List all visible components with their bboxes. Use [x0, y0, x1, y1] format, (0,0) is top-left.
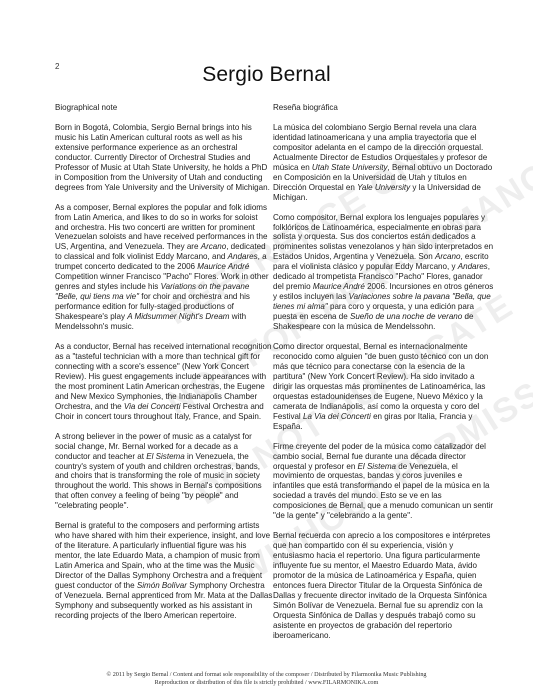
text-run: Bernal is grateful to the composers and …	[55, 521, 270, 590]
spanish-body: La música del colombiano Sergio Bernal r…	[273, 123, 495, 641]
text-run: As a conductor, Bernal has received inte…	[55, 342, 272, 411]
italic-title: Andares	[458, 262, 488, 271]
italic-title: Yale University	[357, 183, 410, 192]
italic-title: Arcano	[435, 252, 461, 261]
paragraph: Como director orquestal, Bernal es inter…	[273, 342, 495, 432]
italic-title: Simón Bolívar	[137, 581, 187, 590]
italic-title: Andares	[228, 252, 258, 261]
italic-title: Maurice André	[313, 282, 365, 291]
english-column: Biographical note Born in Bogotá, Colomb…	[55, 103, 273, 631]
spanish-heading: Reseña biográfica	[273, 103, 495, 113]
footer-line-1: © 2011 by Sergio Bernal / Content and fo…	[0, 671, 533, 679]
paragraph: As a conductor, Bernal has received inte…	[55, 342, 273, 422]
italic-title: Arcano	[201, 242, 227, 251]
italic-title: El Sistema	[146, 452, 184, 461]
italic-title: La Via dei Concerti	[303, 412, 371, 421]
paragraph: As a composer, Bernal explores the popul…	[55, 203, 273, 332]
english-body: Born in Bogotá, Colombia, Sergio Bernal …	[55, 123, 273, 621]
footer-line-2: Reproduction or distribution of this fil…	[0, 679, 533, 687]
paragraph: A strong believer in the power of music …	[55, 432, 273, 512]
paragraph: Bernal recuerda con aprecio a los compos…	[273, 531, 495, 640]
paragraph: La música del colombiano Sergio Bernal r…	[273, 123, 495, 203]
page-title: Sergio Bernal	[0, 63, 533, 87]
english-heading: Biographical note	[55, 103, 273, 113]
copyright-footer: © 2011 by Sergio Bernal / Content and fo…	[0, 671, 533, 687]
italic-title: El Sistema	[358, 462, 396, 471]
italic-title: Utah State University	[312, 163, 388, 172]
paragraph: Bernal is grateful to the composers and …	[55, 521, 273, 621]
paragraph: Como compositor, Bernal explora los leng…	[273, 213, 495, 332]
italic-title: Sueño de una noche de verano	[350, 312, 462, 321]
paragraph: Born in Bogotá, Colombia, Sergio Bernal …	[55, 123, 273, 193]
paragraph: Firme creyente del poder de la música co…	[273, 442, 495, 522]
italic-title: Via dei Concerti	[124, 402, 181, 411]
text-run: Born in Bogotá, Colombia, Sergio Bernal …	[55, 123, 270, 192]
text-run: Bernal recuerda con aprecio a los compos…	[273, 531, 490, 640]
text-run: Como director orquestal, Bernal es inter…	[273, 342, 488, 421]
italic-title: A Midsummer Night's Dream	[127, 312, 229, 321]
italic-title: Maurice André	[197, 262, 249, 271]
spanish-column: Reseña biográfica La música del colombia…	[273, 103, 495, 651]
